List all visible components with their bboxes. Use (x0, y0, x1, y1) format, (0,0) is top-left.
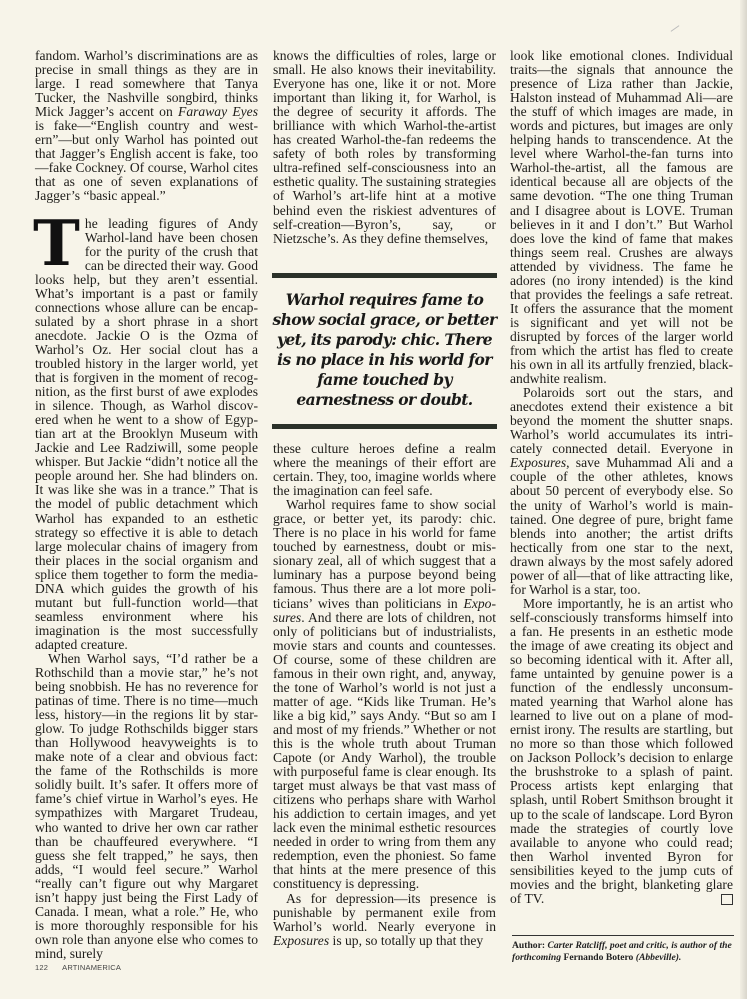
paragraph-text: . And there are lots of children, not on… (273, 610, 496, 892)
end-of-article-box-icon (721, 894, 733, 905)
italic-title: Exposures (273, 933, 329, 948)
page-edge-shadow (740, 0, 747, 999)
author-note: Author: Carter Ratcliff, poet and critic… (512, 940, 737, 963)
page-number: 122 (35, 963, 48, 972)
article-column-2-lower: these culture heroes define a realm wher… (273, 442, 496, 948)
paragraph-text: Polaroids sort out the stars, and anecdo… (510, 385, 733, 456)
paragraph-text: More importantly, he is an artist who se… (510, 596, 733, 906)
paragraph-text: When Warhol says, “I’d rather be a Roths… (35, 651, 258, 961)
pull-quote: Warhol requires fame to show social grac… (272, 273, 497, 429)
paragraph-with-dropcap: The leading figures of Andy Warhol-land … (35, 217, 258, 652)
author-label: Author: (512, 940, 547, 951)
italic-title: Faraway Eyes (178, 104, 258, 119)
book-title: Fernando Botero (563, 952, 633, 963)
drop-cap: T (33, 219, 80, 271)
article-column-2-upper: knows the difficulties of roles, large o… (273, 49, 496, 246)
paragraph: knows the difficulties of roles, large o… (273, 49, 496, 246)
paragraph-text: he leading figures of Andy Warhol-land h… (35, 216, 258, 652)
paragraph-text: is fake—“English country and west­ern”—b… (35, 118, 258, 203)
paragraph: When Warhol says, “I’d rather be a Roths… (35, 652, 258, 961)
paragraph-text: is up, so totally up that they (329, 933, 483, 948)
article-column-3: look like emotional clones. Individual t… (510, 49, 733, 906)
paragraph-text: Warhol requires fame to show social grac… (273, 497, 496, 610)
paragraph: fandom. Warhol’s discriminations are as … (35, 49, 258, 204)
paragraph-text: , save Muhammad Ali and a couple of the … (510, 455, 733, 596)
italic-title: Exposures (510, 455, 566, 470)
publisher: (Abbeville). (633, 952, 681, 963)
author-note-rule (512, 935, 734, 936)
page-footer: 122ARTINAMERICA (35, 963, 121, 972)
article-column-1: fandom. Warhol’s discriminations are as … (35, 49, 258, 961)
paper-mark (671, 25, 680, 32)
publication-name: ARTINAMERICA (62, 963, 121, 972)
paragraph-text: look like emotional clones. Individual t… (510, 48, 733, 386)
paragraph: Polaroids sort out the stars, and anecdo… (510, 386, 733, 597)
paragraph: As for depression—its presence is punish… (273, 892, 496, 948)
paragraph: Warhol requires fame to show social grac… (273, 498, 496, 891)
paragraph-text: these culture heroes define a realm wher… (273, 441, 496, 498)
paragraph: More importantly, he is an artist who se… (510, 597, 733, 906)
paragraph: look like emotional clones. Individual t… (510, 49, 733, 386)
pull-quote-text: Warhol requires fame to show social grac… (272, 278, 497, 424)
paragraph: these culture heroes define a realm wher… (273, 442, 496, 498)
pull-quote-bottom-rule (272, 424, 497, 429)
paragraph-text: knows the difficulties of roles, large o… (273, 48, 496, 246)
paragraph-text: As for depression—its presence is punish… (273, 891, 496, 934)
